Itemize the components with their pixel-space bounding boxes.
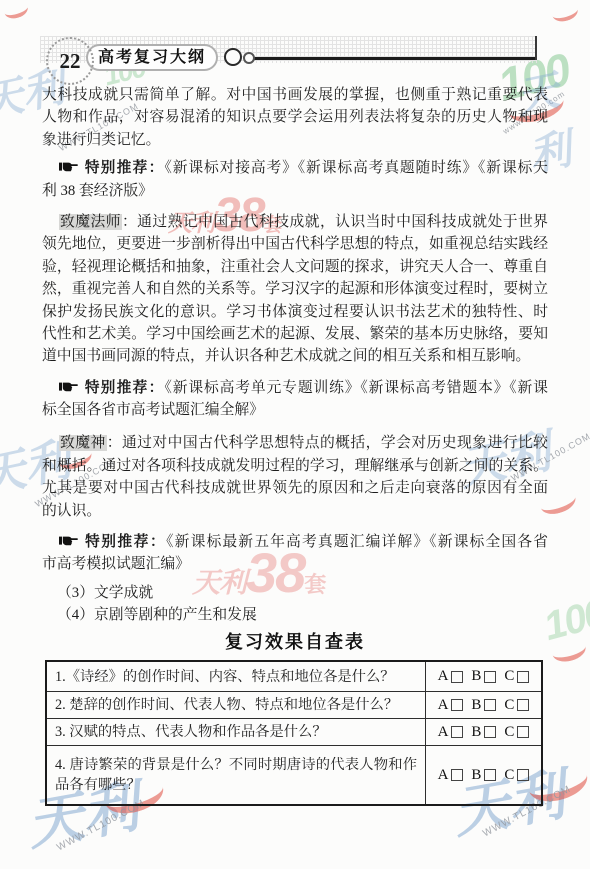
chain-circle-large-icon (224, 48, 242, 66)
text-line: 特别推荐：《新课标最新五年高考真题汇编详解》《新课标全国各省 (42, 531, 548, 553)
text-line: 验，轻视理论概括和抽象，注重社会人文问题的探求，讲究天人合一、尊重自 (42, 256, 548, 278)
checkbox-a (451, 671, 463, 683)
text-line: 市高考模拟试题汇编》 (42, 553, 548, 575)
recommend-label: 特别推荐： (84, 380, 165, 396)
pointing-hand-icon (59, 534, 78, 547)
text-line: 象进行归类记忆。 (42, 129, 548, 151)
outline-item-3: （3）文学成就 (42, 582, 548, 604)
checkbox-b (484, 671, 496, 683)
checkbox-a (451, 769, 463, 781)
special-recommendation-1: 特别推荐：《新课标对接高考》《新课标高考真题随时练》《新课标天 利 38 套经济… (42, 157, 548, 202)
pointing-hand-icon (59, 380, 78, 393)
recommend-books: 《新课标对接高考》《新课标高考真题随时练》《新课标天 (165, 160, 548, 176)
watermark-red-swoosh (2, 0, 29, 21)
table-answer-options: A B C (425, 662, 541, 691)
table-row: 1.《诗经》的创作时间、内容、特点和地位各是什么？ A B C (47, 662, 541, 691)
text-line: 代性和艺术美。学习中国绘画艺术的起源、发展、繁荣的基本历史脉络，要知 (42, 323, 548, 345)
special-recommendation-2: 特别推荐：《新课标高考单元专题训练》《新课标高考错题本》《新课 标全国各省市高考… (42, 377, 548, 422)
table-question: 2. 楚辞的创作时间、代表人物、特点和地位各是什么？ (47, 692, 425, 718)
text-line: 大科技成就只需简单了解。对中国书画发展的掌握，也侧重于熟记重要代表 (42, 84, 548, 106)
table-row: 4. 唐诗繁荣的背景是什么？不同时期唐诗的代表人物和作品各有哪些？ A B C (47, 745, 541, 804)
text-line: 领先地位，更要进一步剖析得出中国古代科学思想的特点，如重视总结实践经 (42, 233, 548, 255)
checkbox-b (484, 769, 496, 781)
table-question: 1.《诗经》的创作时间、内容、特点和地位各是什么？ (47, 662, 425, 691)
text-line: 人物和作品，对容易混淆的知识点要学会运用列表法将复杂的历史人物和现 (42, 106, 548, 128)
paragraph-to-demon-god: 致魔神：通过对中国古代科学思想特点的概括，学会对历史现象进行比较 和概括。通过对… (42, 432, 548, 522)
self-check-table: 1.《诗经》的创作时间、内容、特点和地位各是什么？ A B C 2. 楚辞的创作… (45, 660, 543, 806)
table-question: 4. 唐诗繁荣的背景是什么？不同时期唐诗的代表人物和作品各有哪些？ (47, 746, 425, 804)
checkbox-c (517, 699, 529, 711)
text-line: 的认识。 (42, 500, 548, 522)
text-line: 特别推荐：《新课标对接高考》《新课标高考真题随时练》《新课标天 (42, 157, 548, 179)
recommend-books: 《新课标最新五年高考真题汇编详解》《新课标全国各省 (166, 534, 548, 550)
special-recommendation-3: 特别推荐：《新课标最新五年高考真题汇编详解》《新课标全国各省 市高考模拟试题汇编… (42, 531, 548, 576)
text-line: 保护发扬民族文化的意识。学习书体演变过程要认识书法艺术的独特性、时 (42, 301, 548, 323)
checkbox-a (451, 699, 463, 711)
body-text: 大科技成就只需简单了解。对中国书画发展的掌握，也侧重于熟记重要代表 人物和作品，… (42, 84, 548, 627)
section-title: 高考复习大纲 (86, 44, 218, 71)
text-line: 致魔神：通过对中国古代科学思想特点的概括，学会对历史现象进行比较 (42, 432, 548, 454)
outline-item-4: （4）京剧等剧种的产生和发展 (42, 604, 548, 626)
table-answer-options: A B C (425, 692, 541, 718)
text-line: 标全国各省市高考试题汇编全解》 (42, 399, 548, 421)
pointing-hand-icon (59, 160, 78, 173)
text-line: 尤其是要对中国古代科技成就世界领先的原因和之后走向衰落的原因有全面 (42, 477, 548, 499)
watermark-red-swoosh (550, 1, 580, 25)
text-line: 致魔法师：通过熟记中国古代科技成就，认识当时中国科技成就处于世界 (42, 211, 548, 233)
text-line: 道中国书画同源的特点，并认识各种艺术成就之间的相互关系和相互影响。 (42, 345, 548, 367)
text-line: 特别推荐：《新课标高考单元专题训练》《新课标高考错题本》《新课 (42, 377, 548, 399)
checkbox-c (517, 726, 529, 738)
table-answer-options: A B C (425, 719, 541, 745)
paragraph-to-magician: 致魔法师：通过熟记中国古代科技成就，认识当时中国科技成就处于世界 领先地位，更要… (42, 211, 548, 368)
highlighted-label: 致魔法师 (59, 214, 122, 230)
recommend-label: 特别推荐： (84, 534, 166, 550)
table-row: 3. 汉赋的特点、代表人物和作品各是什么？ A B C (47, 718, 541, 745)
text-line: 然，重视完善人和自然的关系等。学习汉字的起源和形体演变过程时，要树立 (42, 278, 548, 300)
checkbox-c (517, 769, 529, 781)
table-question: 3. 汉赋的特点、代表人物和作品各是什么？ (47, 719, 425, 745)
recommend-books: 《新课标高考单元专题训练》《新课标高考错题本》《新课 (165, 380, 548, 396)
header-rule (252, 57, 536, 60)
text-line: 和概括。通过对各项科技成就发明过程的学习，理解继承与创新之间的关系。 (42, 455, 548, 477)
paragraph-overview: 大科技成就只需简单了解。对中国书画发展的掌握，也侧重于熟记重要代表 人物和作品，… (42, 84, 548, 151)
table-row: 2. 楚辞的创作时间、代表人物、特点和地位各是什么？ A B C (47, 691, 541, 718)
text-line: 利 38 套经济版》 (42, 180, 548, 202)
header-rule-end (535, 36, 537, 60)
section-number-badge: 22 (46, 37, 94, 85)
highlighted-label: 致魔神 (59, 435, 107, 451)
checkbox-c (517, 671, 529, 683)
table-answer-options: A B C (425, 746, 541, 804)
table-title: 复习效果自查表 (0, 628, 590, 654)
checkbox-b (484, 699, 496, 711)
checkbox-a (451, 726, 463, 738)
recommend-label: 特别推荐： (84, 160, 165, 176)
checkbox-b (484, 726, 496, 738)
outline-items: （3）文学成就 （4）京剧等剧种的产生和发展 (42, 582, 548, 627)
scanned-book-page: 100 100 www.TL100.com 天利 WWW.TL100.COM 天… (0, 0, 590, 869)
chain-circle-small-icon (243, 52, 255, 64)
